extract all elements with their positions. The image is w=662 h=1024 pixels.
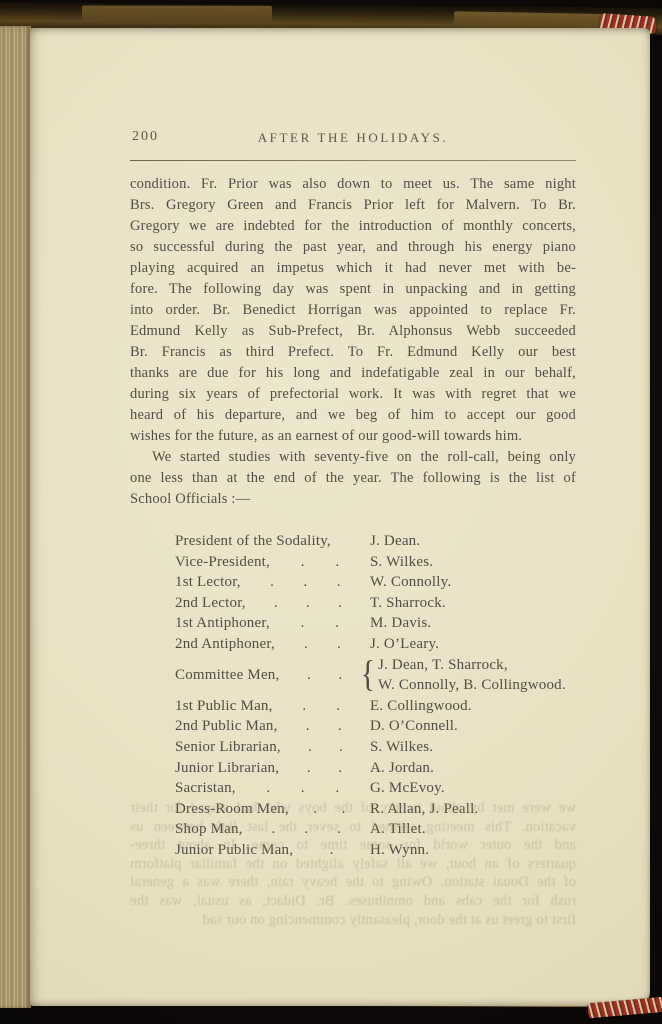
leader-dot: .	[302, 696, 306, 717]
leader-dot: .	[304, 634, 308, 655]
official-row: Vice-President,..S. Wilkes.	[175, 552, 576, 573]
dot-leader: ..	[279, 665, 370, 686]
leader-dot: .	[338, 716, 342, 737]
text-line: condition. Fr. Prior was also down to me…	[130, 174, 576, 195]
text-line: Br. Francis as third Prefect. To Fr. Edm…	[130, 342, 576, 363]
bleedthrough-line: of the Douai station. Owing to the heavy…	[130, 873, 576, 892]
leader-dot: .	[335, 552, 339, 573]
official-row: Sacristan,...G. McEvoy.	[175, 778, 576, 799]
official-office: 1st Public Man,	[175, 696, 273, 717]
text-line: into order. Br. Benedict Horrigan was ap…	[130, 300, 576, 321]
bleedthrough-line: we were met by about twenty of the boys …	[130, 799, 576, 818]
official-name: J. Dean, T. Sharrock,	[378, 655, 566, 676]
official-name: J. Dean.	[370, 531, 420, 552]
paragraph: We started studies with seventy-five on …	[130, 447, 576, 510]
official-row: 1st Antiphoner,..M. Davis.	[175, 613, 576, 634]
official-row: 2nd Public Man,..D. O’Connell.	[175, 716, 576, 737]
printed-text-block: 200 AFTER THE HOLIDAYS. condition. Fr. P…	[130, 128, 576, 861]
page-header: 200 AFTER THE HOLIDAYS.	[130, 128, 576, 145]
official-name: G. McEvoy.	[370, 778, 445, 799]
official-left: 2nd Lector,...	[175, 593, 370, 614]
official-left: President of the Sodality,	[175, 531, 370, 552]
dot-leader: ..	[270, 613, 370, 634]
dot-leader: ..	[275, 634, 370, 655]
dot-leader: ...	[236, 778, 370, 799]
official-row: Committee Men,..{J. Dean, T. Sharrock,W.…	[175, 655, 576, 696]
dot-leader: ...	[246, 593, 370, 614]
leader-dot: .	[301, 778, 305, 799]
official-office: Junior Librarian,	[175, 758, 279, 779]
official-office: 2nd Lector,	[175, 593, 246, 614]
official-left: Sacristan,...	[175, 778, 370, 799]
dot-leader: ..	[270, 552, 370, 573]
leader-dot: .	[307, 758, 311, 779]
header-rule	[130, 160, 576, 161]
dot-leader: ...	[241, 572, 370, 593]
text-line: Gregory we are indebted for the introduc…	[130, 216, 576, 237]
leader-dot: .	[306, 593, 310, 614]
official-office: 1st Antiphoner,	[175, 613, 270, 634]
official-left: Vice-President,..	[175, 552, 370, 573]
paragraph: condition. Fr. Prior was also down to me…	[130, 174, 576, 447]
text-line: We started studies with seventy-five on …	[130, 447, 576, 468]
leader-dot: .	[308, 737, 312, 758]
official-office: Vice-President,	[175, 552, 270, 573]
leader-dot: .	[335, 613, 339, 634]
official-left: 2nd Public Man,..	[175, 716, 370, 737]
official-left: Senior Librarian,..	[175, 737, 370, 758]
text-line: playing acquired an impetus which it had…	[130, 258, 576, 279]
bleedthrough-line: and the outer world for some time to com…	[130, 836, 576, 855]
body-paragraphs: condition. Fr. Prior was also down to me…	[130, 174, 576, 510]
official-name: T. Sharrock.	[370, 593, 446, 614]
official-row: Junior Librarian,..A. Jordan.	[175, 758, 576, 779]
text-line: thanks are due for his long and indefati…	[130, 363, 576, 384]
cover-gold-patch-left	[82, 5, 272, 21]
text-line: fore. The following day was spent in unp…	[130, 279, 576, 300]
official-row: President of the Sodality,J. Dean.	[175, 531, 576, 552]
official-name: J. O’Leary.	[370, 634, 439, 655]
official-name: D. O’Connell.	[370, 716, 458, 737]
text-line: wishes for the future, as an earnest of …	[130, 426, 576, 447]
official-left: 1st Lector,...	[175, 572, 370, 593]
leader-dot: .	[338, 758, 342, 779]
official-office: President of the Sodality,	[175, 531, 331, 552]
official-office: Committee Men,	[175, 665, 279, 686]
official-name: A. Jordan.	[370, 758, 434, 779]
leader-dot: .	[274, 593, 278, 614]
official-row: 1st Lector,...W. Connolly.	[175, 572, 576, 593]
official-left: 1st Public Man,..	[175, 696, 370, 717]
leader-dot: .	[339, 737, 343, 758]
leader-dot: .	[307, 665, 311, 686]
official-name: S. Wilkes.	[370, 552, 433, 573]
leader-dot: .	[301, 552, 305, 573]
dot-leader: ..	[281, 737, 370, 758]
bleedthrough-text: we were met by about twenty of the boys …	[130, 799, 576, 929]
official-left: Committee Men,..	[175, 665, 370, 686]
official-name: W. Connolly, B. Collingwood.	[378, 675, 566, 696]
official-row: 2nd Antiphoner,..J. O’Leary.	[175, 634, 576, 655]
brace-glyph: {	[361, 655, 375, 695]
leader-dot: .	[338, 593, 342, 614]
official-name: M. Davis.	[370, 613, 431, 634]
book-photo: 200 AFTER THE HOLIDAYS. condition. Fr. P…	[0, 0, 662, 1024]
official-office: Senior Librarian,	[175, 737, 281, 758]
leader-dot: .	[337, 572, 341, 593]
text-line: one less than at the end of the year. Th…	[130, 468, 576, 489]
text-line: heard of his departure, and we beg of hi…	[130, 405, 576, 426]
official-office: 1st Lector,	[175, 572, 241, 593]
official-row: 2nd Lector,...T. Sharrock.	[175, 593, 576, 614]
leader-dot: .	[301, 613, 305, 634]
leader-dot: .	[335, 778, 339, 799]
official-name: W. Connolly.	[370, 572, 451, 593]
text-line: School Officials :—	[130, 489, 576, 510]
leader-dot: .	[336, 696, 340, 717]
text-line: so successful during the past year, and …	[130, 237, 576, 258]
official-left: 1st Antiphoner,..	[175, 613, 370, 634]
official-row: 1st Public Man,..E. Collingwood.	[175, 696, 576, 717]
official-office: Sacristan,	[175, 778, 236, 799]
running-title: AFTER THE HOLIDAYS.	[130, 130, 576, 146]
bleedthrough-line: first to greet us at the door, pleasantl…	[130, 911, 576, 930]
bleedthrough-line: rush for the cabs and omnibuses. Br. Did…	[130, 892, 576, 911]
dot-leader: ..	[278, 716, 370, 737]
official-name: E. Collingwood.	[370, 696, 472, 717]
leader-dot: .	[270, 572, 274, 593]
official-office: 2nd Public Man,	[175, 716, 278, 737]
leader-dot: .	[266, 778, 270, 799]
official-name-group: J. Dean, T. Sharrock,W. Connolly, B. Col…	[378, 655, 566, 696]
leader-dot: .	[339, 665, 343, 686]
dot-leader: ..	[279, 758, 370, 779]
official-left: Junior Librarian,..	[175, 758, 370, 779]
page-edges-left	[0, 26, 31, 1008]
bleedthrough-line: quarters of an hour, we all safely aligh…	[130, 855, 576, 874]
text-line: during six years of prefectorial work. I…	[130, 384, 576, 405]
official-row: Senior Librarian,..S. Wilkes.	[175, 737, 576, 758]
leader-dot: .	[337, 634, 341, 655]
leader-dot: .	[306, 716, 310, 737]
official-left: 2nd Antiphoner,..	[175, 634, 370, 655]
text-line: Edmund Kelly as Sub-Prefect, Br. Alphons…	[130, 321, 576, 342]
bleedthrough-line: vacation. This meeting seemed to sever t…	[130, 818, 576, 837]
text-line: Brs. Gregory Green and Francis Prior lef…	[130, 195, 576, 216]
dot-leader: ..	[273, 696, 370, 717]
official-office: 2nd Antiphoner,	[175, 634, 275, 655]
official-name: S. Wilkes.	[370, 737, 433, 758]
leader-dot: .	[303, 572, 307, 593]
